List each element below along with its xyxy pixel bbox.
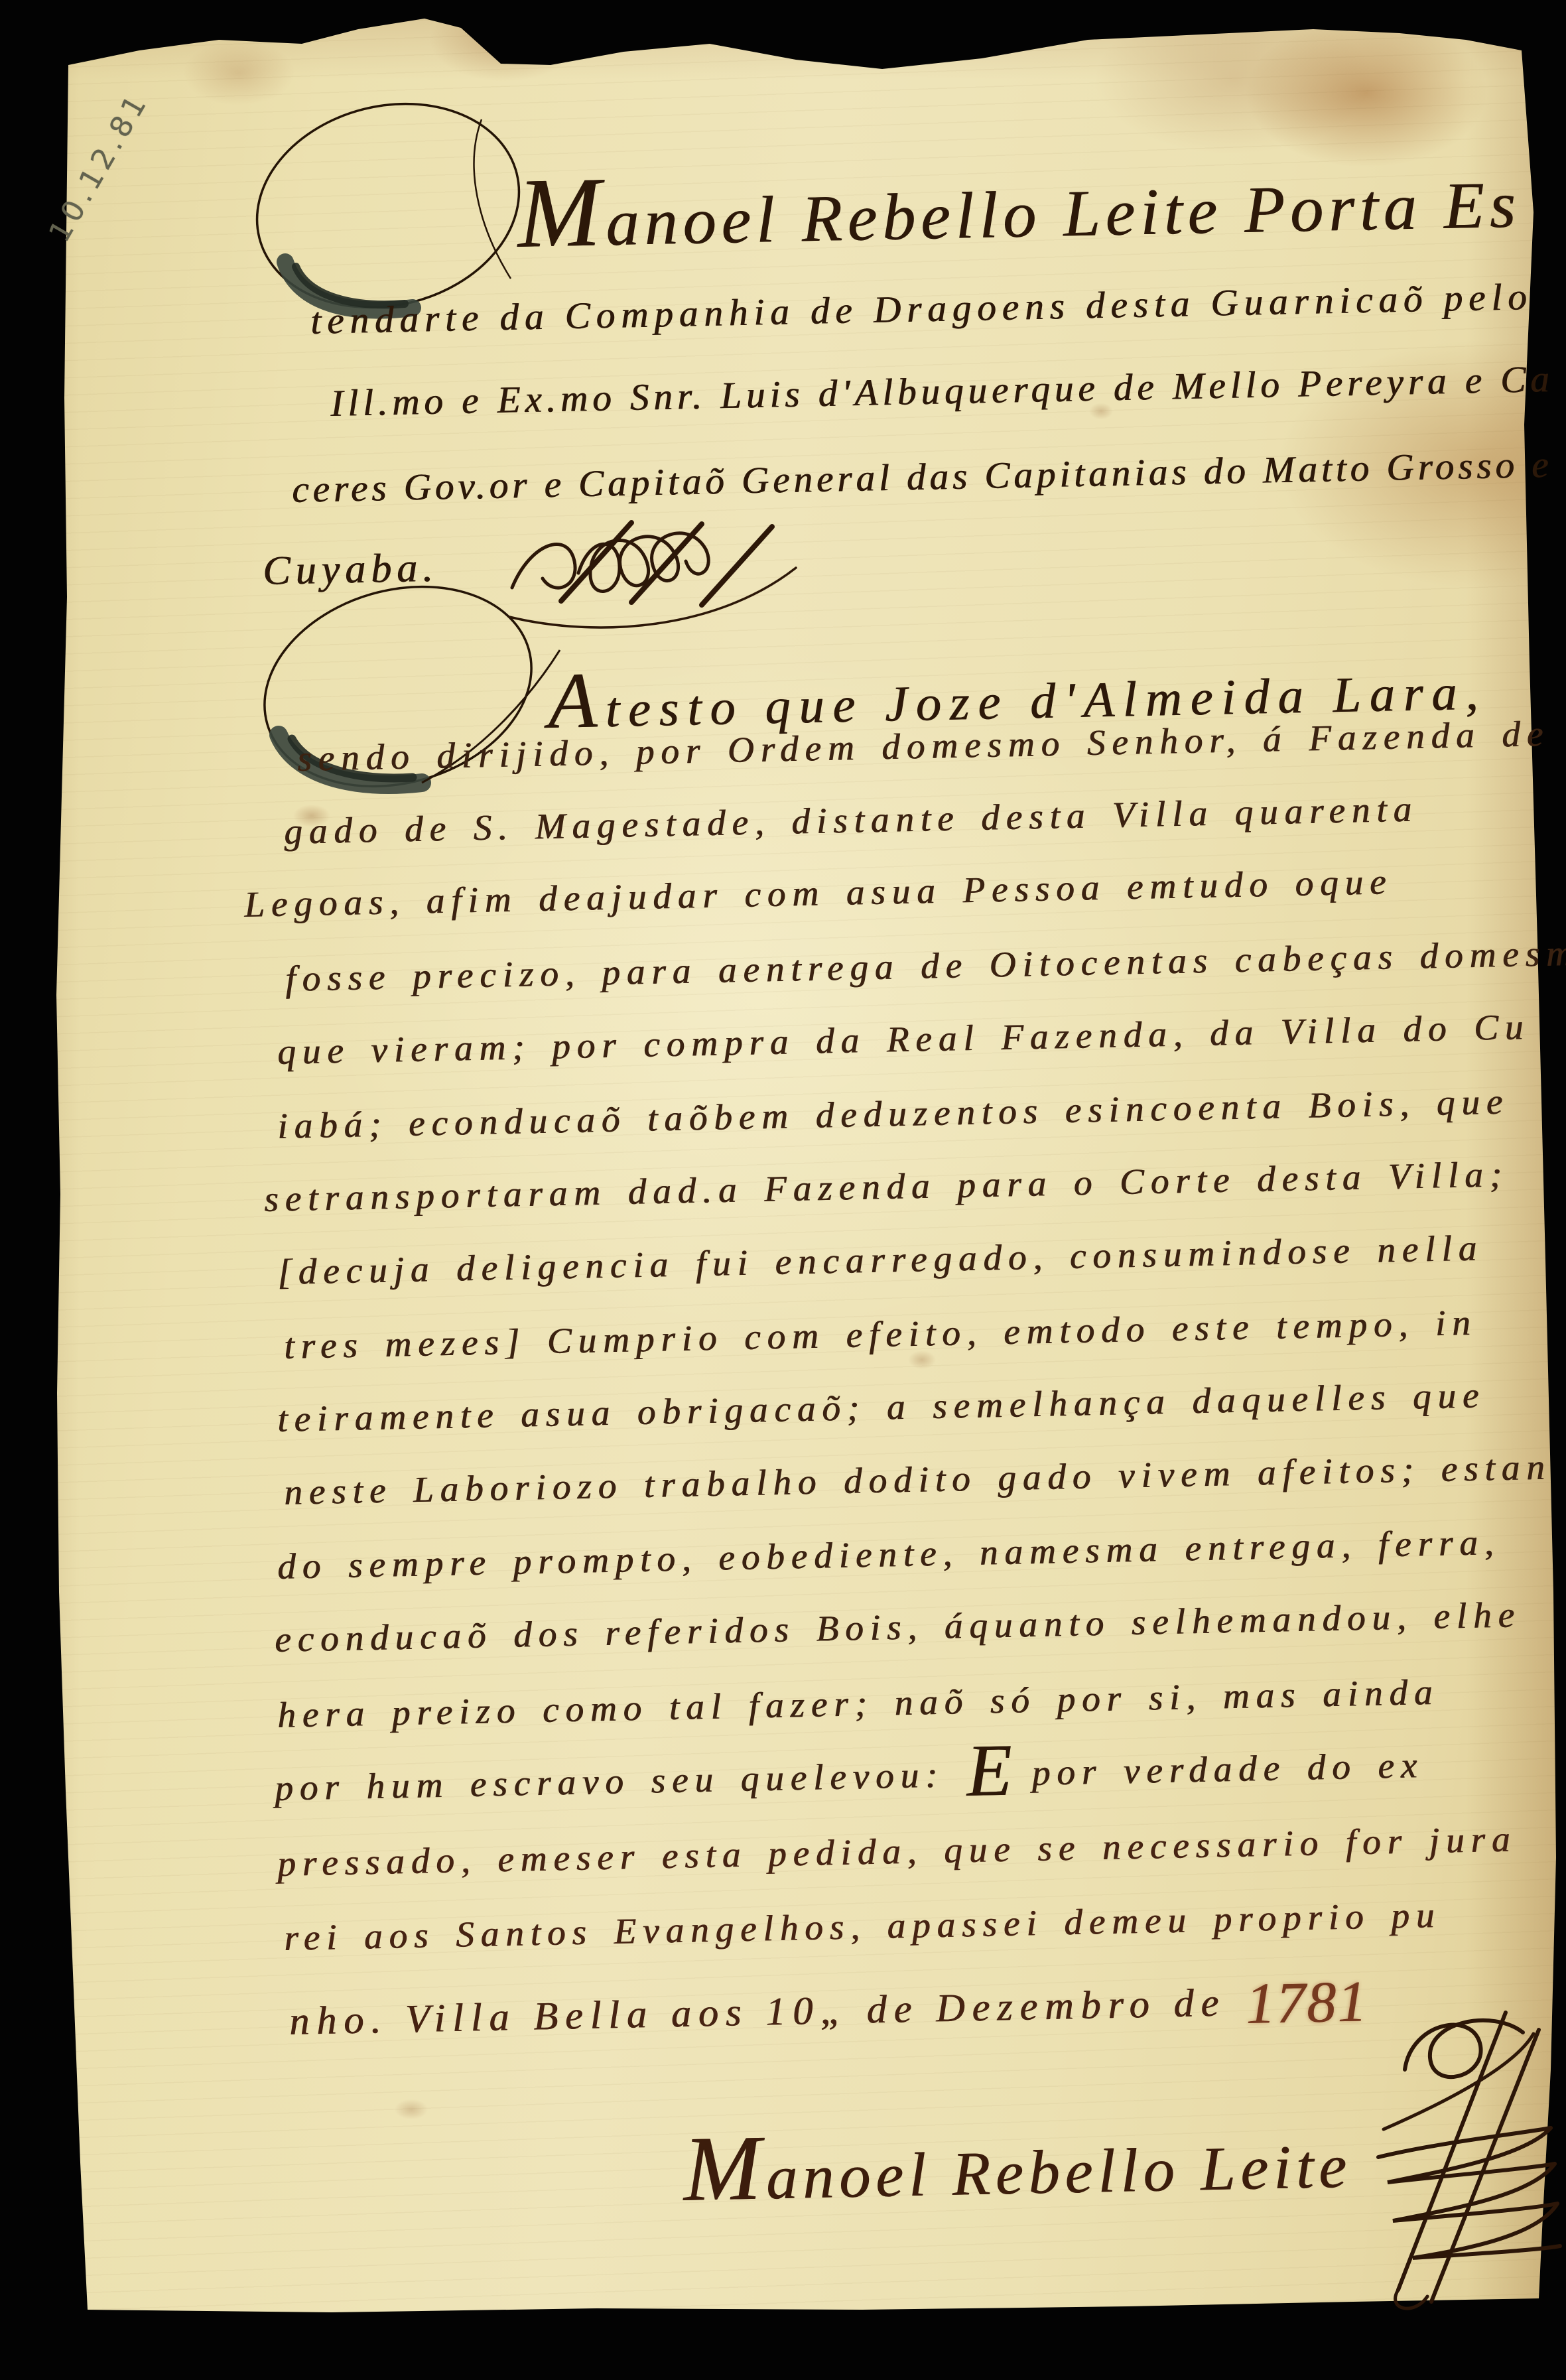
decorated-initial-e: E	[966, 1729, 1019, 1813]
signature: Manoel Rebello Leite	[682, 2103, 1352, 2223]
scanned-manuscript-screenshot: { "colors": { "backdrop": "#030303", "pa…	[0, 0, 1566, 2380]
attest-suffix-text: por verdade do ex	[1031, 1745, 1424, 1793]
manuscript-line-heading-5: Cuyaba.	[262, 545, 438, 595]
dateline-text: nho. Villa Bella aos 10„ de Dezembro de	[289, 1981, 1226, 2043]
manuscript-line-heading-1: Manoel Rebello Leite Porta Es	[516, 137, 1521, 271]
year-1781: 1781	[1245, 1969, 1368, 2036]
